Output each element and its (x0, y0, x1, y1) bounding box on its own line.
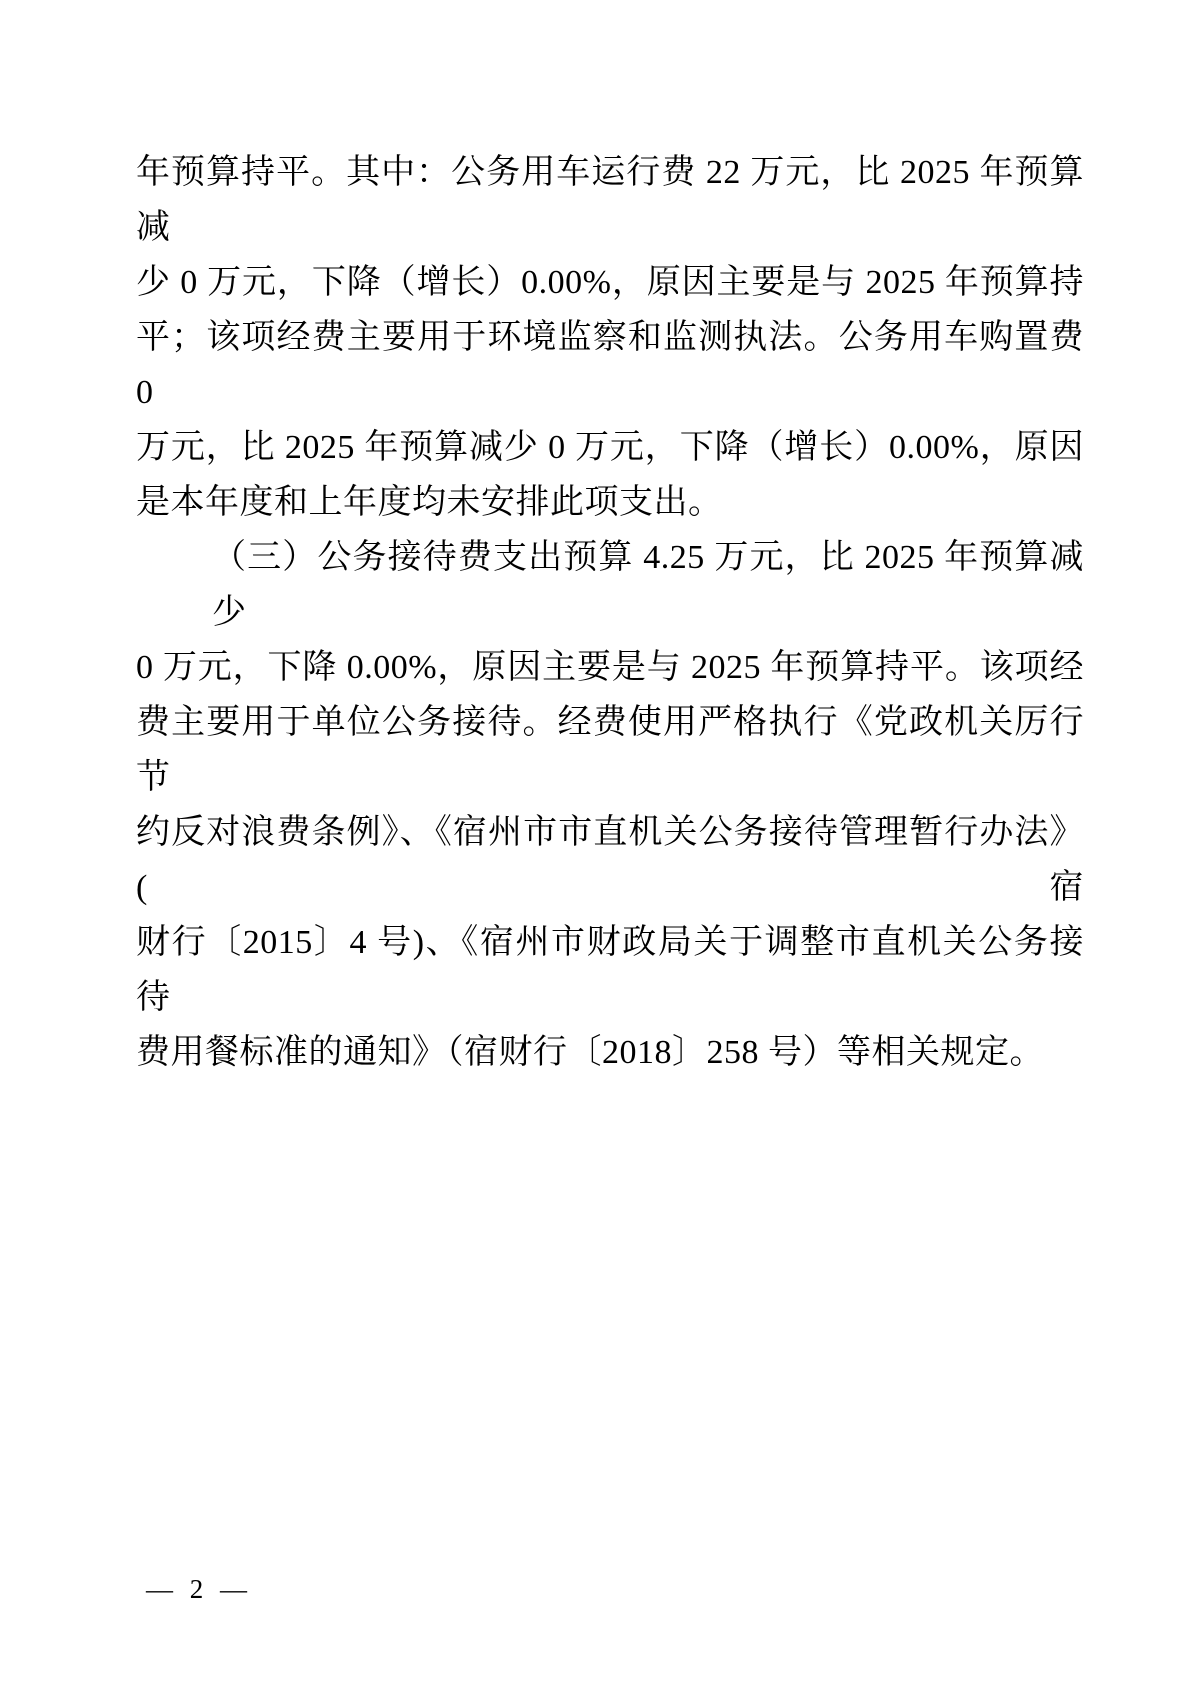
body-text: 年预算持平。其中：公务用车运行费 22 万元，比 2025 年预算减 少 0 万… (136, 145, 1084, 1080)
text-line: 财行〔2015〕4 号)、《宿州市财政局关于调整市直机关公务接待 (136, 915, 1084, 1025)
document-page: 年预算持平。其中：公务用车运行费 22 万元，比 2025 年预算减 少 0 万… (0, 0, 1190, 1683)
text-line: 平；该项经费主要用于环境监察和监测执法。公务用车购置费 0 (136, 310, 1084, 420)
text-line: 费主要用于单位公务接待。经费使用严格执行《党政机关厉行节 (136, 695, 1084, 805)
paragraph-reception-expenses: （三）公务接待费支出预算 4.25 万元，比 2025 年预算减少 0 万元，下… (136, 530, 1084, 1080)
text-line: （三）公务接待费支出预算 4.25 万元，比 2025 年预算减少 (136, 530, 1084, 640)
text-line: 约反对浪费条例》、《宿州市市直机关公务接待管理暂行办法》(宿 (136, 805, 1084, 915)
page-footer: — 2 — (146, 1574, 247, 1605)
text-line: 少 0 万元，下降（增长）0.00%，原因主要是与 2025 年预算持 (136, 255, 1084, 310)
text-line: 费用餐标准的通知》（宿财行〔2018〕258 号）等相关规定。 (136, 1025, 1084, 1080)
paragraph-vehicle-expenses: 年预算持平。其中：公务用车运行费 22 万元，比 2025 年预算减 少 0 万… (136, 145, 1084, 530)
text-line: 年预算持平。其中：公务用车运行费 22 万元，比 2025 年预算减 (136, 145, 1084, 255)
page-number: — 2 — (146, 1574, 247, 1604)
text-line: 万元，比 2025 年预算减少 0 万元，下降（增长）0.00%，原因 (136, 420, 1084, 475)
text-line: 0 万元，下降 0.00%，原因主要是与 2025 年预算持平。该项经 (136, 640, 1084, 695)
text-line: 是本年度和上年度均未安排此项支出。 (136, 475, 1084, 530)
